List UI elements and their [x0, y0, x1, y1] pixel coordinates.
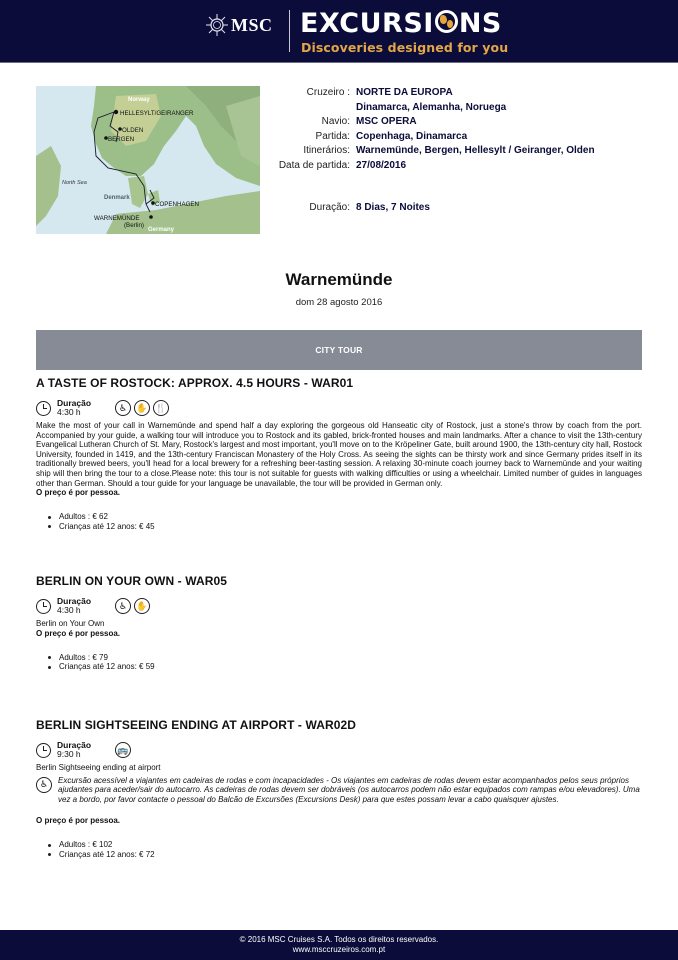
excursion-title: BERLIN ON YOUR OWN - WAR05: [36, 574, 642, 588]
activity-icons: ♿ ✋ 🍴: [115, 400, 169, 416]
walking-difficulty-icon: ♿: [115, 598, 131, 614]
price-adults: Adultos : € 79: [48, 653, 642, 663]
cruise-name: NORTE DA EUROPA: [356, 87, 453, 98]
ship-value: MSC OPERA: [356, 115, 417, 130]
accessibility-note: ♿ Excursão acessível a viajantes em cade…: [36, 776, 642, 805]
cruise-value: NORTE DA EUROPADinamarca, Alemanha, Noru…: [356, 86, 506, 115]
info-row-itinerary: Itinerários: Warnemünde, Bergen, Hellesy…: [270, 144, 595, 159]
clock-icon: [36, 401, 51, 416]
header-divider: [289, 10, 290, 52]
page-header: MSC EXCURSINS Discoveries designed for y…: [0, 0, 678, 63]
excursion-description: Make the most of your call in Warnemünde…: [36, 421, 642, 488]
duration-value: 4:30 h: [57, 606, 91, 616]
map-label-olden: OLDEN: [122, 127, 143, 134]
excursions-title-part2: NS: [459, 8, 502, 39]
cruise-label: Cruzeiro :: [270, 86, 356, 115]
map-label-hellesylt: HELLESYLT/GEIRANGER: [120, 110, 194, 117]
map-label-berlin: (Berlin): [124, 222, 144, 229]
cruise-route-map: HELLESYLT/GEIRANGER OLDEN BERGEN COPENHA…: [36, 86, 260, 234]
excursion-war02d: BERLIN SIGHTSEEING ENDING AT AIRPORT - W…: [36, 718, 642, 859]
price-adults: Adultos : € 62: [48, 512, 642, 522]
price-children: Crianças até 12 anos: € 72: [48, 850, 642, 860]
price-list: Adultos : € 62 Crianças até 12 anos: € 4…: [36, 512, 642, 531]
svg-text:North Sea: North Sea: [62, 180, 87, 186]
map-label-warnemunde: WARNEMÜNDE: [94, 215, 140, 222]
info-row-departure-date: Data de partida: 27/08/2016: [270, 159, 595, 174]
itinerary-label: Itinerários:: [270, 144, 356, 159]
price-children: Crianças até 12 anos: € 59: [48, 662, 642, 672]
info-row-ship: Navio: MSC OPERA: [270, 115, 595, 130]
duration-value: 4:30 h: [57, 408, 91, 418]
excursion-description: Berlin on Your Own: [36, 619, 642, 629]
duration: Duração 9:30 h: [57, 741, 91, 760]
tagline: Discoveries designed for you: [301, 40, 508, 55]
clock-icon: [36, 743, 51, 758]
map-label-bergen: BERGEN: [108, 136, 134, 143]
globe-icon: [435, 10, 458, 33]
departure-value: Copenhaga, Dinamarca: [356, 130, 467, 145]
price-list: Adultos : € 102 Crianças até 12 anos: € …: [36, 840, 642, 859]
excursions-title-part1: EXCURSI: [300, 8, 434, 39]
excursion-description: Berlin Sightseeing ending at airport: [36, 763, 642, 773]
excursion-title: BERLIN SIGHTSEEING ENDING AT AIRPORT - W…: [36, 718, 642, 732]
category-bar: CITY TOUR: [36, 330, 642, 370]
price-note: O preço é por pessoa.: [36, 629, 642, 639]
duration-value: 8 Dias, 7 Noites: [356, 201, 430, 216]
activity-icons: 🚌: [115, 742, 131, 758]
activity-icons: ♿ ✋: [115, 598, 150, 614]
walking-difficulty-icon: ♿: [115, 400, 131, 416]
port-title: Warnemünde: [0, 270, 678, 290]
cruise-countries: Dinamarca, Alemanha, Noruega: [356, 102, 506, 113]
price-children: Crianças até 12 anos: € 45: [48, 522, 642, 532]
duration: Duração 4:30 h: [57, 399, 91, 418]
excursions-title: EXCURSINS: [300, 8, 502, 39]
excursion-meta: Duração 4:30 h ♿ ✋ 🍴: [36, 397, 642, 419]
svg-text:Germany: Germany: [148, 227, 175, 233]
info-row-duration: Duração: 8 Dias, 7 Noites: [270, 201, 595, 216]
departure-date-label: Data de partida:: [270, 159, 356, 174]
excursion-meta: Duração 4:30 h ♿ ✋: [36, 595, 642, 617]
msc-logo: MSC: [206, 12, 273, 38]
wheelchair-icon: ♿: [36, 777, 52, 793]
departure-date-value: 27/08/2016: [356, 159, 406, 174]
excursion-title: A TASTE OF ROSTOCK: APPROX. 4.5 HOURS - …: [36, 376, 642, 390]
page-footer: © 2016 MSC Cruises S.A. Todos os direito…: [0, 930, 678, 960]
excursion-war01: A TASTE OF ROSTOCK: APPROX. 4.5 HOURS - …: [36, 376, 642, 531]
food-drink-icon: 🍴: [153, 400, 169, 416]
info-row-departure: Partida: Copenhaga, Dinamarca: [270, 130, 595, 145]
svg-text:Denmark: Denmark: [104, 195, 130, 201]
website-link[interactable]: www.msccruzeiros.com.pt: [0, 945, 678, 955]
cruise-info: Cruzeiro : NORTE DA EUROPADinamarca, Ale…: [270, 86, 595, 216]
accessibility-text: Excursão acessível a viajantes em cadeir…: [58, 776, 642, 805]
duration-value: 9:30 h: [57, 750, 91, 760]
hand-activity-icon: ✋: [134, 400, 150, 416]
port-date: dom 28 agosto 2016: [0, 297, 678, 308]
excursion-meta: Duração 9:30 h 🚌: [36, 739, 642, 761]
ship-label: Navio:: [270, 115, 356, 130]
svg-text:Norway: Norway: [128, 97, 150, 103]
departure-label: Partida:: [270, 130, 356, 145]
hand-activity-icon: ✋: [134, 598, 150, 614]
price-list: Adultos : € 79 Crianças até 12 anos: € 5…: [36, 653, 642, 672]
bus-icon: 🚌: [115, 742, 131, 758]
itinerary-value: Warnemünde, Bergen, Hellesylt / Geirange…: [356, 144, 595, 159]
excursion-war05: BERLIN ON YOUR OWN - WAR05 Duração 4:30 …: [36, 574, 642, 672]
duration-label: Duração:: [270, 201, 356, 216]
copyright: © 2016 MSC Cruises S.A. Todos os direito…: [0, 935, 678, 945]
duration: Duração 4:30 h: [57, 597, 91, 616]
info-row-cruise: Cruzeiro : NORTE DA EUROPADinamarca, Ale…: [270, 86, 595, 115]
msc-brand-text: MSC: [231, 15, 273, 36]
compass-rose-icon: [206, 14, 228, 36]
price-note: O preço é por pessoa.: [36, 816, 642, 826]
price-note: O preço é por pessoa.: [36, 488, 642, 498]
clock-icon: [36, 599, 51, 614]
map-label-copenhagen: COPENHAGEN: [155, 201, 199, 208]
price-adults: Adultos : € 102: [48, 840, 642, 850]
